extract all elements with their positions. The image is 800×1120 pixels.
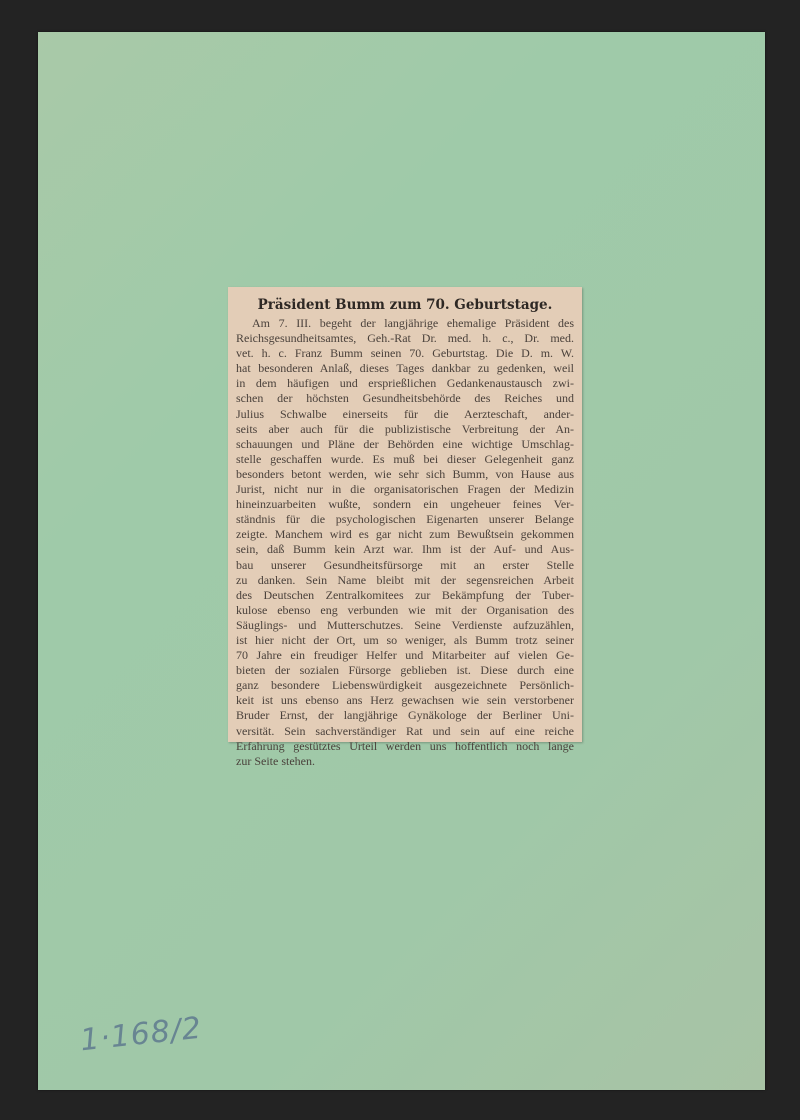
text-line: hat besonderen Anlaß, dieses Tages dankb… xyxy=(236,361,574,376)
text-line: zeigte. Manchem wird es gar nicht zum Be… xyxy=(236,527,574,542)
clipping-body: Am 7. III. begeht der langjährige ehemal… xyxy=(236,316,574,769)
text-line: hineinzuarbeiten wußte, sondern ein unge… xyxy=(236,497,574,512)
text-line: Säuglings- und Mutterschutzes. Seine Ver… xyxy=(236,618,574,633)
text-line: kulose ebenso eng verbunden wie mit der … xyxy=(236,603,574,618)
text-line: sein, daß Bumm kein Arzt war. Ihm ist de… xyxy=(236,542,574,557)
text-line: stelle geschaffen wurde. Es muß bei dies… xyxy=(236,452,574,467)
text-line: Julius Schwalbe einerseits für die Aerzt… xyxy=(236,407,574,422)
text-line: des Deutschen Zentralkomitees zur Bekämp… xyxy=(236,588,574,603)
text-line: 70 Jahre ein freudiger Helfer und Mitarb… xyxy=(236,648,574,663)
text-line: in dem häufigen und ersprießlichen Gedan… xyxy=(236,376,574,391)
text-line: bau unserer Gesundheitsfürsorge mit an e… xyxy=(236,558,574,573)
text-line: schauungen und Pläne der Behörden eine w… xyxy=(236,437,574,452)
text-line: zu danken. Sein Name bleibt mit der sege… xyxy=(236,573,574,588)
text-line: Bruder Ernst, der langjährige Gynäkologe… xyxy=(236,708,574,723)
text-line: Erfahrung gestütztes Urteil werden uns h… xyxy=(236,739,574,754)
text-line: zur Seite stehen. xyxy=(236,754,574,769)
newspaper-clipping: Präsident Bumm zum 70. Geburtstage. Am 7… xyxy=(228,287,582,742)
text-line: besonders betont werden, wie sehr sich B… xyxy=(236,467,574,482)
text-line: bieten der sozialen Fürsorge geblieben i… xyxy=(236,663,574,678)
text-line: Jurist, nicht nur in die organisatorisch… xyxy=(236,482,574,497)
text-line: Am 7. III. begeht der langjährige ehemal… xyxy=(236,316,574,331)
text-line: versität. Sein sachverständiger Rat und … xyxy=(236,724,574,739)
text-line: vet. h. c. Franz Bumm seinen 70. Geburts… xyxy=(236,346,574,361)
text-line: keit ist uns ebenso ans Herz gewachsen w… xyxy=(236,693,574,708)
clipping-headline: Präsident Bumm zum 70. Geburtstage. xyxy=(236,297,574,313)
text-line: Reichsgesundheitsamtes, Geh.-Rat Dr. med… xyxy=(236,331,574,346)
text-line: schen der höchsten Gesundheitsbehörde de… xyxy=(236,391,574,406)
text-line: ist hier nicht der Ort, um so weniger, a… xyxy=(236,633,574,648)
text-line: ständnis für die psychologischen Eigenar… xyxy=(236,512,574,527)
text-line: ganz besondere Liebenswürdigkeit ausgeze… xyxy=(236,678,574,693)
text-line: seits aber auch für die publizistische V… xyxy=(236,422,574,437)
